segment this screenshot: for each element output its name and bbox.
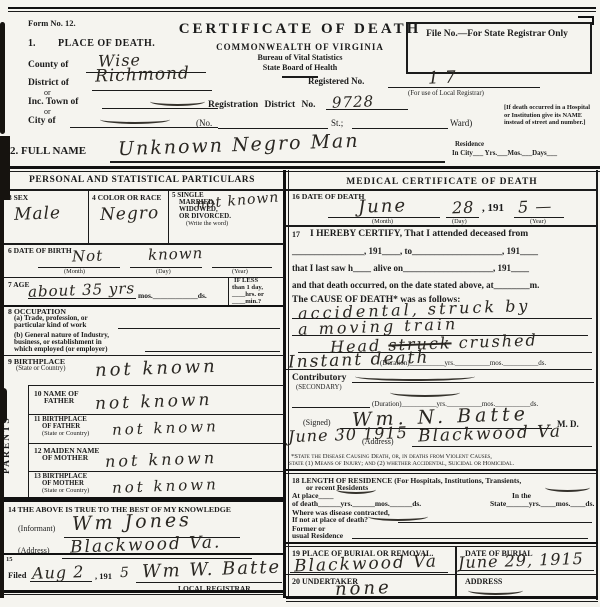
occupation-b-blank xyxy=(145,351,280,352)
sex-label: 3 SEX xyxy=(8,193,28,202)
year-sublabel: (Year) xyxy=(232,268,248,275)
dob-day-blank xyxy=(130,267,202,268)
sex-value: Male xyxy=(14,203,62,225)
age-label: 7 AGE xyxy=(8,280,29,289)
certify-line-4: and that death occurred, on the date sta… xyxy=(292,280,539,290)
street-ward-label: Ward) xyxy=(450,118,472,128)
or-label: or xyxy=(44,107,51,116)
certify-line-2: ________________, 191____, to___________… xyxy=(292,246,538,256)
father-name-label: FATHER xyxy=(44,396,74,405)
dob-year-blank xyxy=(212,267,272,268)
rule xyxy=(28,414,284,415)
contributory-blank xyxy=(352,382,594,383)
personal-section-title: PERSONAL AND STATISTICAL PARTICULARS xyxy=(0,175,284,185)
father-birthplace-label: OF FATHER xyxy=(42,423,80,430)
blank-dash-mark xyxy=(336,485,376,494)
registered-no-label: Registered No. xyxy=(308,76,364,86)
dod-month-blank xyxy=(328,217,440,218)
place-of-death-label: PLACE OF DEATH. xyxy=(58,38,155,49)
street-blank xyxy=(352,128,448,129)
month-sublabel: (Month) xyxy=(64,268,85,275)
column-divider-2 xyxy=(288,170,289,598)
right-border xyxy=(596,170,598,600)
midrule xyxy=(0,166,600,169)
inc-town-blank xyxy=(102,108,218,109)
if-less-note: IF LESS xyxy=(234,277,258,284)
marital-note: (Write the word) xyxy=(186,220,228,227)
day-sublabel: (Day) xyxy=(452,218,467,225)
rule xyxy=(286,546,598,547)
date-of-death-day: 28 xyxy=(452,198,475,218)
org-bureau: Bureau of Vital Statistics xyxy=(150,53,450,62)
bottom-rule-right xyxy=(286,596,598,599)
scan-edge-artifact xyxy=(0,388,7,422)
where-contracted-label: If not at place of death? xyxy=(292,515,368,524)
top-rule xyxy=(8,7,596,9)
or-label: or xyxy=(44,88,51,97)
top-rule-2 xyxy=(8,11,596,12)
file-number-box xyxy=(406,22,592,74)
dob-month-value: Not xyxy=(72,246,104,265)
filed-label: Filed xyxy=(8,570,26,580)
org-commonwealth: COMMONWEALTH OF VIRGINIA xyxy=(150,42,450,52)
rule xyxy=(286,225,598,227)
city-blank xyxy=(70,127,218,128)
rule xyxy=(286,469,598,471)
midrule-2 xyxy=(0,171,600,172)
place-of-death-number: 1. xyxy=(28,38,36,49)
secondary-label: (SECONDARY) xyxy=(296,384,342,391)
scan-edge-artifact xyxy=(0,22,5,134)
residence-detail: In City___ Yrs.___Mos.___Days___ xyxy=(452,150,557,157)
occupation-a: particular kind of work xyxy=(14,321,86,329)
dod-day-blank xyxy=(446,217,479,218)
burial-date-value: June 29, 1915 xyxy=(458,549,584,572)
date-of-death-label: 16 DATE OF DEATH xyxy=(292,192,364,201)
street-st-label: St.; xyxy=(331,118,343,128)
registered-no-note: (For use of Local Registrar) xyxy=(408,90,484,97)
rule xyxy=(0,305,284,307)
physician-address-value: Blackwood Va xyxy=(418,421,563,446)
undertaker-address-label: ADDRESS xyxy=(465,577,502,586)
rule xyxy=(0,355,284,356)
cell-divider xyxy=(88,190,89,243)
rule xyxy=(0,277,284,278)
filed-year-value: 5 xyxy=(120,565,130,581)
birthplace-sublabel: (State or Country) xyxy=(16,365,65,372)
certificate-title: CERTIFICATE OF DEATH xyxy=(150,21,450,38)
mother-name-label: OF MOTHER xyxy=(42,453,88,462)
if-less-note: ____hrs. or xyxy=(232,291,264,298)
if-less-box-border xyxy=(228,277,229,305)
column-divider xyxy=(283,170,286,598)
death-certificate-scan: Form No. 12. CERTIFICATE OF DEATH COMMON… xyxy=(0,0,600,607)
father-birthplace-value: not known xyxy=(112,417,219,439)
informant-value: Wm Jones xyxy=(72,509,193,535)
bottom-rule-left-2 xyxy=(0,594,284,595)
mother-birthplace-sublabel: (State or Country) xyxy=(42,487,89,494)
certify-line-3: that I last saw h____ alive on__________… xyxy=(292,263,529,273)
marital-label: OR DIVORCED. xyxy=(179,212,231,220)
registration-district-value: 9728 xyxy=(332,92,375,111)
marital-value: not known xyxy=(195,189,280,212)
full-name-value: Unknown Negro Man xyxy=(118,130,360,160)
city-label: City of xyxy=(28,116,56,126)
inc-town-label: Inc. Town of xyxy=(28,97,78,107)
dob-label: 6 DATE OF BIRTH xyxy=(8,246,72,255)
race-label: 4 COLOR OR RACE xyxy=(92,193,161,202)
age-units: mos.____________ds. xyxy=(138,291,207,300)
district-blank xyxy=(92,90,212,91)
blank-dash-mark xyxy=(468,586,523,595)
item-15: 15 xyxy=(6,556,13,563)
if-less-note: than 1 day, xyxy=(232,284,263,291)
rule xyxy=(286,189,598,191)
org-board: State Board of Health xyxy=(150,63,450,72)
full-name-label: 2. FULL NAME xyxy=(10,145,86,157)
state-line: State______yrs.____mos.____ds. xyxy=(490,499,594,508)
occupation-a-blank xyxy=(118,328,280,329)
day-sublabel: (Day) xyxy=(156,268,171,275)
physician-address-blank xyxy=(412,446,592,447)
blank-dash-mark xyxy=(100,115,170,124)
rule xyxy=(28,385,284,386)
mother-birthplace-label: 13 BIRTHPLACE xyxy=(34,473,87,480)
registration-district-label: Registration District No. xyxy=(208,100,315,110)
registered-no-blank xyxy=(388,87,540,88)
district-label: District of xyxy=(28,78,69,88)
rule xyxy=(286,542,598,544)
cause-line-3-text: crushed xyxy=(458,330,538,352)
scan-edge-artifact xyxy=(0,136,10,200)
certify-number: 17 xyxy=(292,230,300,239)
mother-birthplace-value: not known xyxy=(112,475,219,497)
full-name-blank xyxy=(110,161,445,163)
rule xyxy=(28,471,284,472)
rule xyxy=(286,473,598,474)
mother-name-value: not known xyxy=(105,448,218,471)
cause-footnote: state (1) Means of Injury; and (2) wheth… xyxy=(289,460,514,467)
race-value: Negro xyxy=(100,203,160,225)
filed-date-value: Aug 2 xyxy=(32,562,85,583)
former-residence-blank xyxy=(352,538,588,539)
medical-section-title: MEDICAL CERTIFICATE OF DEATH xyxy=(286,177,598,187)
undertaker-value: none xyxy=(335,577,392,600)
local-registrar-signature: Wm W. Batte xyxy=(142,557,282,583)
registered-no-value: 17 xyxy=(428,67,462,88)
filed-year-printed: , 191 xyxy=(95,571,112,581)
certify-line-1: I HEREBY CERTIFY, That I attended deceas… xyxy=(310,229,528,239)
bottom-rule-right-2 xyxy=(286,601,598,602)
bottom-rule-left xyxy=(0,590,284,593)
year-sublabel: (Year) xyxy=(530,218,546,225)
county-label: County of xyxy=(28,60,68,70)
rule xyxy=(0,189,284,191)
father-birthplace-sublabel: (State or Country) xyxy=(42,430,89,437)
hospital-note: [If death occurred in a Hospital or Inst… xyxy=(504,104,596,127)
date-of-death-year-printed: , 191 xyxy=(482,202,504,214)
burial-cell-divider xyxy=(455,546,457,596)
cell-divider xyxy=(168,190,169,243)
header-dash-rule xyxy=(282,76,318,78)
residence-label: Residence xyxy=(455,141,484,148)
date-of-death-year: 5 — xyxy=(518,196,553,216)
where-contracted-blank xyxy=(398,522,592,523)
dob-day-value: known xyxy=(148,244,204,264)
form-number: Form No. 12. xyxy=(28,18,76,28)
informant-label: (Informant) xyxy=(18,524,55,533)
street-no-blank xyxy=(218,128,328,129)
heavy-bar xyxy=(0,497,284,502)
birthplace-value: not known xyxy=(95,356,218,381)
former-residence-label: usual Residence xyxy=(292,531,343,540)
father-name-value: not known xyxy=(95,390,213,414)
registrar-signature-blank xyxy=(136,582,282,583)
parents-group-border xyxy=(28,385,29,497)
of-death-line: of death______yrs.______mos.______ds. xyxy=(292,499,421,508)
age-value: about 35 yrs xyxy=(28,279,136,301)
contributory-label: Contributory xyxy=(292,373,346,383)
rule xyxy=(0,243,284,245)
blank-dash-mark xyxy=(545,483,590,492)
cause-footnote: *State the Disease Causing Death, or, in… xyxy=(291,453,492,460)
date-of-death-month: June xyxy=(358,195,408,218)
corner-mark xyxy=(592,16,594,25)
blank-dash-mark xyxy=(390,388,460,397)
occupation-b: which employed (or employer) xyxy=(14,345,108,353)
dod-year-blank xyxy=(514,217,564,218)
blank-dash-mark xyxy=(368,512,428,521)
dob-month-blank xyxy=(38,267,120,268)
blank-dash-mark xyxy=(150,97,205,106)
mother-birthplace-label: OF MOTHER xyxy=(42,480,84,487)
rule xyxy=(28,443,284,444)
blank-dash-mark xyxy=(355,372,475,381)
if-less-note: ____min.? xyxy=(232,298,261,305)
district-value: Richmond xyxy=(95,63,191,86)
month-sublabel: (Month) xyxy=(372,218,393,225)
father-birthplace-label: 11 BIRTHPLACE xyxy=(34,416,87,423)
